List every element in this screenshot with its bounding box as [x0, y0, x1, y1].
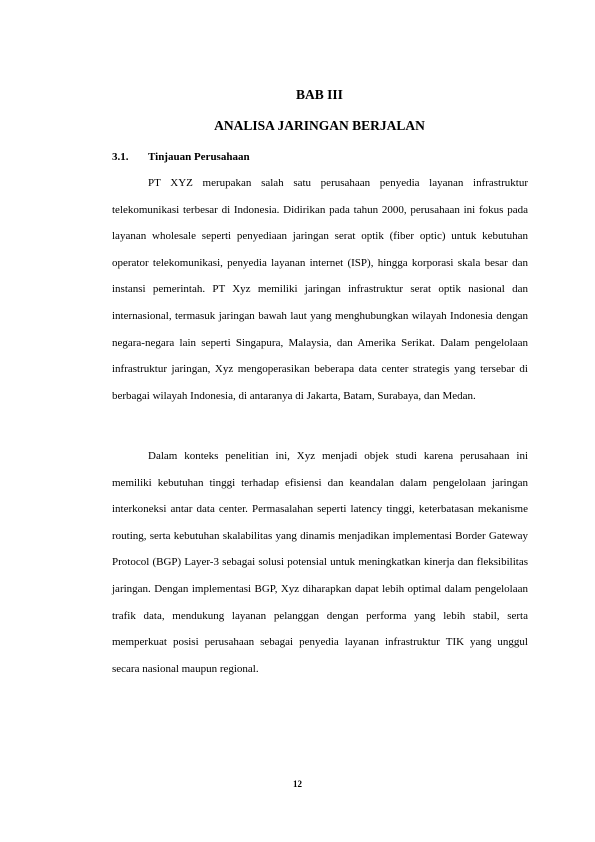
paragraph-text: Dalam konteks penelitian ini, Xyz menjad…: [112, 450, 528, 675]
page-number: 12: [0, 779, 595, 789]
section-heading: 3.1.Tinjauan Perusahaan: [112, 151, 250, 163]
paragraph-text: PT XYZ merupakan salah satu perusahaan p…: [112, 177, 528, 402]
chapter-label: BAB III: [22, 87, 595, 103]
section-number: 3.1.: [112, 151, 148, 163]
document-page: BAB III ANALISA JARINGAN BERJALAN 3.1.Ti…: [0, 0, 595, 842]
paragraph: PT XYZ merupakan salah satu perusahaan p…: [112, 170, 528, 409]
chapter-title: ANALISA JARINGAN BERJALAN: [22, 118, 595, 134]
paragraph: Dalam konteks penelitian ini, Xyz menjad…: [112, 443, 528, 682]
section-title: Tinjauan Perusahaan: [148, 151, 250, 163]
